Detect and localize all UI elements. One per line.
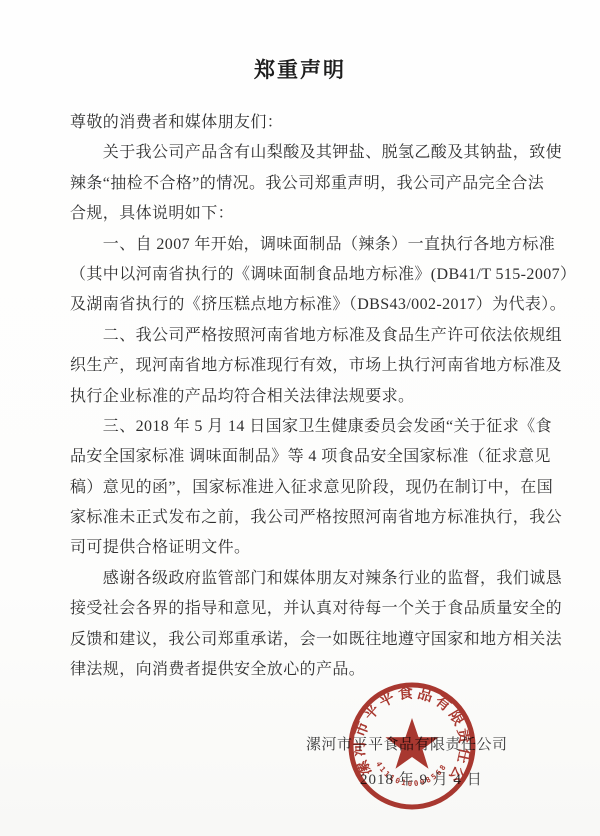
text-line: 合规，具体说明如下： xyxy=(70,199,530,229)
text-line: 稿）意见的函”，国家标准进入征求意见阶段，现仍在制订中，在国 xyxy=(70,473,530,503)
text-line: 一、自 2007 年开始，调味面制品（辣条）一直执行各地方标准 xyxy=(70,230,530,260)
salutation-line: 尊敬的消费者和媒体朋友们： xyxy=(70,108,530,138)
text-line: 二、我公司严格按照河南省地方标准及食品生产许可依法依规组 xyxy=(70,321,530,351)
text-line: 三、2018 年 5 月 14 日国家卫生健康委员会发函“关于征求《食 xyxy=(70,412,530,442)
text-line: 感谢各级政府监管部门和媒体朋友对辣条行业的监督，我们诚恳 xyxy=(70,564,530,594)
company-seal: 漯河市平平食品有限责任公司 4111010098568 xyxy=(346,680,478,812)
document-title: 郑重声明 xyxy=(0,54,600,84)
text-line: 关于我公司产品含有山梨酸及其钾盐、脱氢乙酸及其钠盐，致使 xyxy=(70,138,530,168)
text-line: （其中以河南省执行的《调味面制食品地方标准》(DB41/T 515-2007） xyxy=(70,260,530,290)
seal-number: 4111010098568 xyxy=(374,760,449,788)
text-line: 辣条“抽检不合格”的情况。我公司郑重声明，我公司产品完全合法 xyxy=(70,169,530,199)
text-line: 品安全国家标准 调味面制品》等 4 项食品安全国家标准（征求意见 xyxy=(70,442,530,472)
text-line: 织生产，现河南省地方标准现行有效，市场上执行河南省地方标准及 xyxy=(70,351,530,381)
text-line: 执行企业标准的产品均符合相关法律法规要求。 xyxy=(70,382,530,412)
text-line: 家标准未正式发布之前，我公司严格按照河南省地方标准执行，我公 xyxy=(70,503,530,533)
text-line: 司可提供合格证明文件。 xyxy=(70,533,530,563)
document-body: 尊敬的消费者和媒体朋友们： 关于我公司产品含有山梨酸及其钾盐、脱氢乙酸及其钠盐，… xyxy=(70,108,530,685)
svg-text:4111010098568: 4111010098568 xyxy=(374,760,449,788)
text-line: 反馈和建议，我公司郑重承诺，会一如既往地遵守国家和地方相关法 xyxy=(70,625,530,655)
statement-document: 郑重声明 尊敬的消费者和媒体朋友们： 关于我公司产品含有山梨酸及其钾盐、脱氢乙酸… xyxy=(0,0,600,836)
text-line: 接受社会各界的指导和意见，并认真对待每一个关于食品质量安全的 xyxy=(70,594,530,624)
text-line: 及湖南省执行的《挤压糕点地方标准》（DBS43/002-2017）为代表）。 xyxy=(70,290,530,320)
star-icon xyxy=(385,718,438,769)
